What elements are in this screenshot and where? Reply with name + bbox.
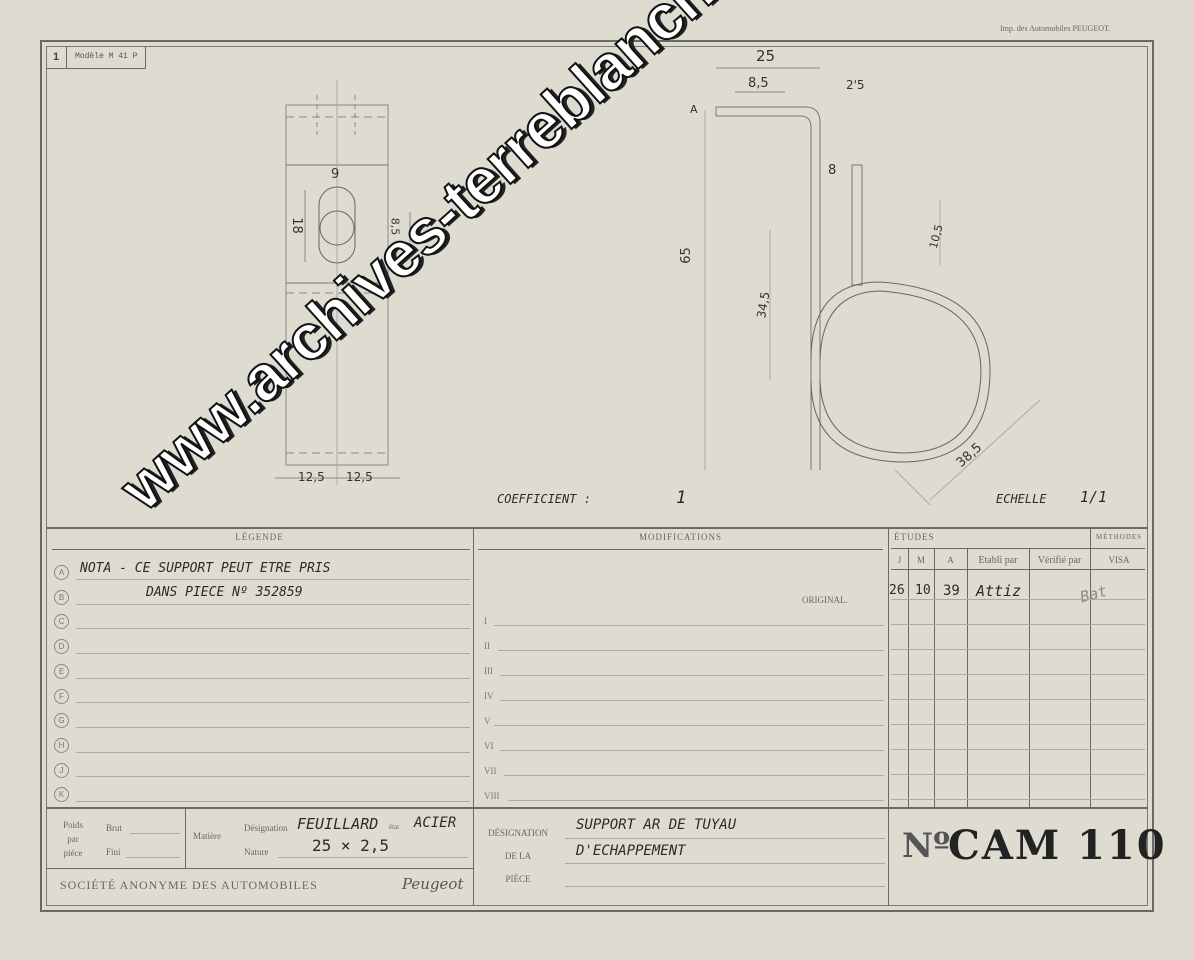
modif-row-6: VI (484, 741, 494, 751)
legende-rule (76, 727, 470, 728)
entry-day: 26 (889, 583, 905, 598)
legende-rule (76, 579, 470, 580)
datum-mark: A (690, 103, 698, 116)
piece-label-1: DÉSIGNATION (478, 828, 558, 838)
modif-row-7: VII (484, 766, 497, 776)
etudes-rule (891, 599, 1145, 600)
fini-label: Fini (106, 847, 121, 857)
drawing-sheet: Imp. des Automobiles PEUGEOT. 1 Modèle M… (0, 0, 1193, 960)
col-a: A (934, 555, 967, 565)
dim-top-width: 25 (756, 47, 775, 65)
etat-label: état (389, 823, 399, 831)
legende-letter-g: G (54, 713, 69, 728)
dim-half-width-right: 12,5 (346, 470, 373, 484)
piece-label-3: PIÈCE (478, 874, 558, 884)
modif-rule (500, 700, 884, 701)
etudes-rule (891, 749, 1145, 750)
piece-rule (565, 886, 885, 887)
entry-etabli-signature: Attiz (976, 582, 1021, 600)
etudes-rule (891, 624, 1145, 625)
legende-row-a: A (54, 565, 69, 580)
dim-slot-height: 18 (289, 217, 304, 234)
original-label: ORIGINAL. (802, 595, 848, 605)
coefficient-label: COEFFICIENT : (497, 492, 591, 506)
designation-value: FEUILLARD (297, 815, 378, 833)
modif-row-3: III (484, 666, 493, 676)
designation-label: Désignation (244, 823, 288, 833)
brut-label: Brut (106, 823, 122, 833)
modif-row-5: V (484, 716, 491, 726)
legende-letter-e: E (54, 664, 69, 679)
dim-overall-height: 65 (679, 247, 694, 264)
divider-legende-modifs (473, 527, 474, 906)
modifications-title: MODIFICATIONS (473, 532, 888, 542)
legende-rule (76, 604, 470, 605)
legende-letter-k: K (54, 787, 69, 802)
piece-line-1: SUPPORT AR DE TUYAU (576, 817, 736, 833)
dim-inner-offset: 8,5 (748, 76, 769, 91)
legende-rule (76, 776, 470, 777)
poids-label: Poids par pièce (56, 818, 90, 860)
legende-rule (76, 702, 470, 703)
modif-rule (500, 750, 884, 751)
etat-value: ACIER (414, 815, 456, 831)
col-j: J (891, 555, 908, 565)
legende-rule (76, 752, 470, 753)
legende-letter-d: D (54, 639, 69, 654)
modif-rule (498, 650, 884, 651)
dim-gap: 8 (828, 163, 836, 178)
etudes-rule (891, 724, 1145, 725)
etudes-rule (891, 774, 1145, 775)
entry-month: 10 (915, 583, 931, 598)
col-visa: VISA (1090, 555, 1148, 565)
etudes-header-rule (891, 548, 1145, 549)
nature-value: 25 × 2,5 (312, 836, 389, 855)
legende-letter-a: A (54, 565, 69, 580)
legende-text-a: NOTA - CE SUPPORT PEUT ETRE PRIS (80, 561, 330, 576)
etudes-rule (891, 674, 1145, 675)
legende-rule (76, 653, 470, 654)
modif-rule (500, 675, 884, 676)
poids-label-2: par (56, 832, 90, 846)
legende-letter-f: F (54, 689, 69, 704)
legende-rule (76, 801, 470, 802)
modif-row-1: I (484, 616, 487, 626)
modif-rule (508, 800, 884, 801)
poids-divider (185, 807, 186, 868)
col-verifie: Vérifié par (1029, 555, 1090, 566)
piece-label-2: DE LA (478, 851, 558, 861)
col-divider (1029, 549, 1030, 807)
col-divider (934, 549, 935, 807)
legende-header-rule (52, 549, 470, 550)
dim-half-width-left: 12,5 (298, 470, 325, 484)
modif-rule (494, 625, 884, 626)
scale-value: 1/1 (1080, 488, 1107, 506)
etudes-rule (891, 799, 1145, 800)
etudes-rule (891, 649, 1145, 650)
nature-field (278, 857, 468, 858)
col-etabli: Etabli par (967, 555, 1029, 566)
dim-slot-width: 9 (331, 167, 339, 182)
col-divider (967, 549, 968, 807)
piece-line-2: D'ECHAPPEMENT (576, 843, 686, 859)
nature-label: Nature (244, 847, 269, 857)
piece-rule (565, 838, 885, 839)
legende-rule (76, 678, 470, 679)
fini-field (126, 857, 180, 858)
title-block-top (46, 527, 1148, 529)
title-block-mid (46, 807, 1148, 809)
company-divider (46, 868, 473, 869)
legende-letter-h: H (54, 738, 69, 753)
company-brand-logo: Peugeot (402, 875, 464, 893)
col-divider (908, 549, 909, 807)
legende-title: LÉGENDE (46, 532, 473, 542)
modif-row-2: II (484, 641, 490, 651)
etudes-col-rule (891, 569, 1145, 570)
legende-letter-j: J (54, 763, 69, 778)
etudes-rule (891, 699, 1145, 700)
legende-text-b: DANS PIECE Nº 352859 (146, 585, 303, 600)
matiere-label: Matière (193, 831, 221, 841)
part-number: CAM 110 (948, 822, 1167, 869)
poids-label-1: Poids (56, 818, 90, 832)
entry-year: 39 (943, 583, 960, 599)
legende-letter-b: B (54, 590, 69, 605)
brut-field (130, 833, 180, 834)
methodes-title: MÉTHODES (1090, 533, 1148, 541)
modif-rule (494, 725, 884, 726)
poids-label-3: pièce (56, 846, 90, 860)
scale-label: ECHELLE (996, 492, 1047, 506)
etudes-title: ÉTUDES (894, 532, 935, 542)
company-name: SOCIÉTÉ ANONYME DES AUTOMOBILES (60, 878, 318, 893)
legende-row-b: B (54, 590, 69, 605)
piece-rule (565, 863, 885, 864)
modif-row-4: IV (484, 691, 494, 701)
part-number-prefix: Nº (902, 826, 950, 866)
legende-rule (76, 628, 470, 629)
modifications-header-rule (478, 549, 883, 550)
modif-row-8: VIII (484, 791, 500, 801)
legende-letter-c: C (54, 614, 69, 629)
modif-rule (504, 775, 884, 776)
dim-thickness: 2'5 (846, 78, 865, 92)
col-m: M (908, 555, 934, 565)
coefficient-value: 1 (676, 488, 686, 508)
